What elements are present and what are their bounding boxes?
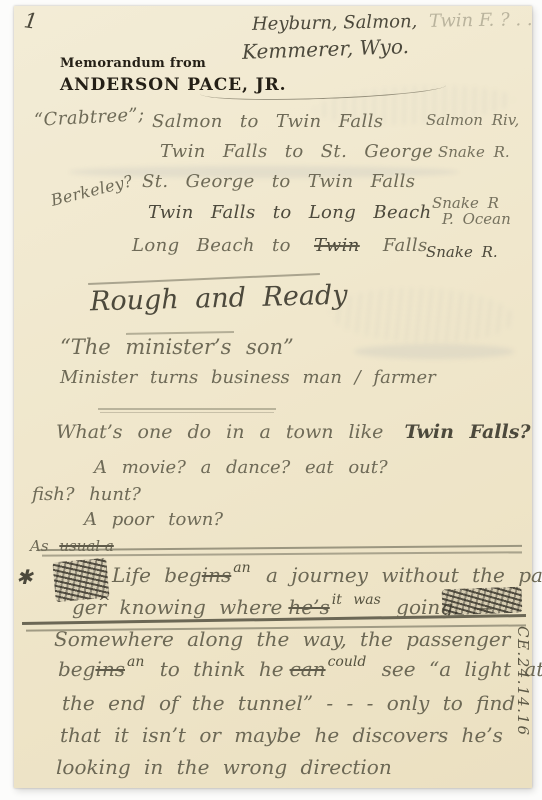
draft-text-struck: ins (202, 563, 232, 587)
asterisk-mark: ✱ (16, 566, 33, 588)
itinerary-river: Snake R. (426, 244, 498, 261)
draft-insertion: an (127, 655, 144, 670)
draft-text: to think he (160, 657, 284, 681)
draft-insertion: could (328, 655, 367, 670)
margin-note-struck: usual a (59, 537, 113, 555)
letterhead-prefix: Memorandum from (60, 56, 206, 71)
draft-line-6: that it isn’t or maybe he discovers he’s (60, 724, 503, 746)
story-subtitle: “The minister’s son” (60, 336, 294, 359)
itinerary-route: Twin Falls to St. George (160, 142, 433, 162)
draft-text-struck: he’s (288, 595, 329, 619)
draft-insertion: an (233, 561, 250, 576)
itinerary-route: Long Beach to Twin Falls (132, 236, 428, 256)
catalog-number: CE.24.14.16 (514, 626, 532, 737)
question-2: A movie? a dance? eat out? (94, 458, 388, 478)
question-1: What’s one do in a town like Twin Falls? (56, 422, 531, 443)
draft-text: beg (58, 657, 95, 681)
route-text: Long Beach to (132, 235, 291, 256)
letterhead-name: ANDERSON PACE, JR. (60, 75, 286, 95)
itinerary-route: St. George to Twin Falls (142, 172, 415, 192)
route-text-struck: Twin (314, 235, 360, 256)
question-4: A poor town? (84, 510, 223, 530)
paper-sheet: 1 Heyburn, Salmon, Twin F. ? . . Buhl Ke… (14, 6, 532, 788)
story-title: Rough and Ready (90, 281, 348, 317)
draft-text: Life beg (112, 563, 202, 587)
itinerary-route: Twin Falls to Long Beach (148, 203, 432, 223)
margin-note: As usual a (30, 538, 114, 555)
story-note: Minister turns business man / farmer (60, 368, 436, 388)
draft-line-7: looking in the wrong direction (56, 756, 392, 778)
top-note-line1: Heyburn, Salmon, Twin F. ? . . Buhl (252, 9, 542, 35)
separator-line (42, 551, 522, 556)
draft-text: a journey without the passen- (266, 563, 542, 587)
itinerary-river: Salmon Riv, (426, 112, 519, 129)
itinerary-river: Snake R. (438, 144, 510, 161)
itinerary-route: Salmon to Twin Falls (152, 112, 383, 132)
itinerary-label-berkeley: Berkeley? (49, 172, 135, 209)
bleed-through-band (354, 344, 514, 359)
draft-text: ger knowing where (72, 595, 282, 619)
draft-insertion: it was (332, 593, 381, 608)
draft-line-1: Life beginsan a journey without the pass… (112, 564, 542, 586)
top-note-cities-faint: Twin F. ? . . (429, 9, 533, 32)
draft-line-4: beginsan to think hecancould see “a ligh… (58, 658, 542, 680)
draft-text-struck: ins (95, 657, 125, 681)
pencil-line (100, 412, 274, 413)
margin-note-text: As (30, 537, 49, 555)
itinerary-label-crabtree: “Crabtree”; (34, 105, 146, 131)
top-note-line2: Kemmerer, Wyo. (242, 35, 410, 63)
route-text: Falls (383, 235, 428, 256)
scribbled-out-word (442, 587, 523, 616)
draft-line-3: Somewhere along the way, the passenger (54, 628, 510, 650)
draft-text-struck: can (290, 657, 326, 681)
bleed-through-marks (328, 285, 515, 346)
pencil-line (98, 408, 276, 410)
question-3: fish? hunt? (32, 485, 141, 505)
top-note-cities: Heyburn, Salmon, (252, 11, 418, 35)
scanned-memo-page: 1 Heyburn, Salmon, Twin F. ? . . Buhl Ke… (0, 0, 542, 800)
draft-line-5: the end of the tunnel” - - - only to fin… (62, 692, 515, 714)
itinerary-river: P. Ocean (442, 211, 511, 228)
question-text: What’s one do in a town like (56, 421, 383, 443)
page-number: 1 (22, 9, 38, 34)
question-place: Twin Falls? (404, 421, 530, 443)
